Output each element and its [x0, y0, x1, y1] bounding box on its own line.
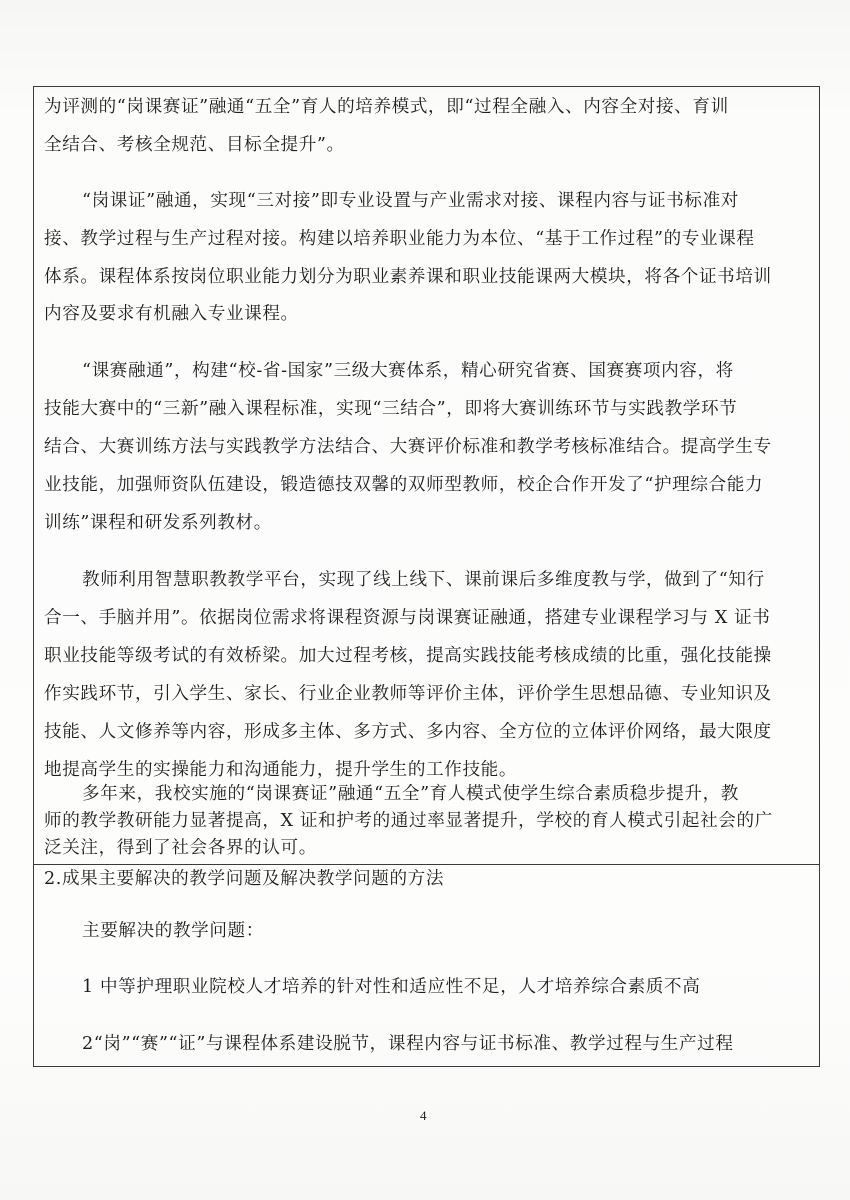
section-2-heading: 2.成果主要解决的教学问题及解决教学问题的方法 [44, 867, 809, 891]
paragraph-3-line-3: 结合、大赛训练方法与实践教学方法结合、大赛评价标准和教学考核标准结合。提高学生专 [44, 435, 809, 459]
paragraph-2-line-2: 接、教学过程与生产过程对接。构建以培养职业能力为本位、“基于工作过程”的专业课程 [44, 227, 809, 251]
paragraph-4-line-3: 职业技能等级考试的有效桥梁。加大过程考核，提高实践技能考核成绩的比重，强化技能操 [44, 644, 809, 668]
paragraph-4-line-4: 作实践环节，引入学生、家长、行业企业教师等评价主体，评价学生思想品德、专业知识及 [44, 682, 809, 706]
paragraph-2-line-3: 体系。课程体系按岗位职业能力划分为职业素养课和职业技能课两大模块，将各个证书培训 [44, 265, 809, 289]
paragraph-4-line-6: 地提高学生的实操能力和沟通能力，提升学生的工作技能。 [44, 758, 809, 782]
paragraph-1-line-2: 全结合、考核全规范、目标全提升”。 [44, 133, 809, 157]
document-table: 为评测的“岗课赛证”融通“五全”育人的培养模式，即“过程全融入、内容全对接、育训… [33, 86, 820, 1067]
paragraph-3-line-4: 业技能，加强师资队伍建设，锻造德技双馨的双师型教师，校企合作开发了“护理综合能力 [44, 473, 809, 497]
paragraph-3-line-5: 训练”课程和研发系列教材。 [44, 511, 809, 535]
section-2-subheading: 主要解决的教学问题： [82, 919, 809, 943]
page-number: 4 [420, 1108, 427, 1124]
problems-cell: 2.成果主要解决的教学问题及解决教学问题的方法 主要解决的教学问题： 1 中等护… [34, 865, 819, 1068]
paragraph-3-line-1: “课赛融通”，构建“校-省-国家”三级大赛体系，精心研究省赛、国赛赛项内容，将 [82, 359, 809, 383]
problem-item-2: 2“岗”“赛”“证”与课程体系建设脱节，课程内容与证书标准、教学过程与生产过程 [82, 1032, 809, 1056]
problem-item-1: 1 中等护理职业院校人才培养的针对性和适应性不足，人才培养综合素质不高 [82, 975, 809, 999]
paragraph-5-line-1: 多年来，我校实施的“岗课赛证”融通“五全”育人模式使学生综合素质稳步提升，教 [82, 782, 809, 806]
summary-cell: 为评测的“岗课赛证”融通“五全”育人的培养模式，即“过程全融入、内容全对接、育训… [34, 87, 819, 865]
paragraph-2-line-1: “岗课证”融通，实现“三对接”即专业设置与产业需求对接、课程内容与证书标准对 [82, 189, 809, 213]
paragraph-5-line-3: 泛关注，得到了社会各界的认可。 [44, 836, 809, 860]
paragraph-4-line-5: 技能、人文修养等内容，形成多主体、多方式、多内容、全方位的立体评价网络，最大限度 [44, 720, 809, 744]
paragraph-4-line-2: 合一、手脑并用”。依据岗位需求将课程资源与岗课赛证融通，搭建专业课程学习与 X … [44, 606, 809, 630]
paragraph-1-line-1: 为评测的“岗课赛证”融通“五全”育人的培养模式，即“过程全融入、内容全对接、育训 [44, 95, 809, 119]
paragraph-2-line-4: 内容及要求有机融入专业课程。 [44, 302, 809, 326]
paragraph-3-line-2: 技能大赛中的“三新”融入课程标准，实现“三结合”，即将大赛训练环节与实践教学环节 [44, 397, 809, 421]
paragraph-5-line-2: 师的教学教研能力显著提高，X 证和护考的通过率显著提升，学校的育人模式引起社会的… [44, 809, 809, 833]
paragraph-4-line-1: 教师利用智慧职教教学平台，实现了线上线下、课前课后多维度教与学，做到了“知行 [82, 568, 809, 592]
